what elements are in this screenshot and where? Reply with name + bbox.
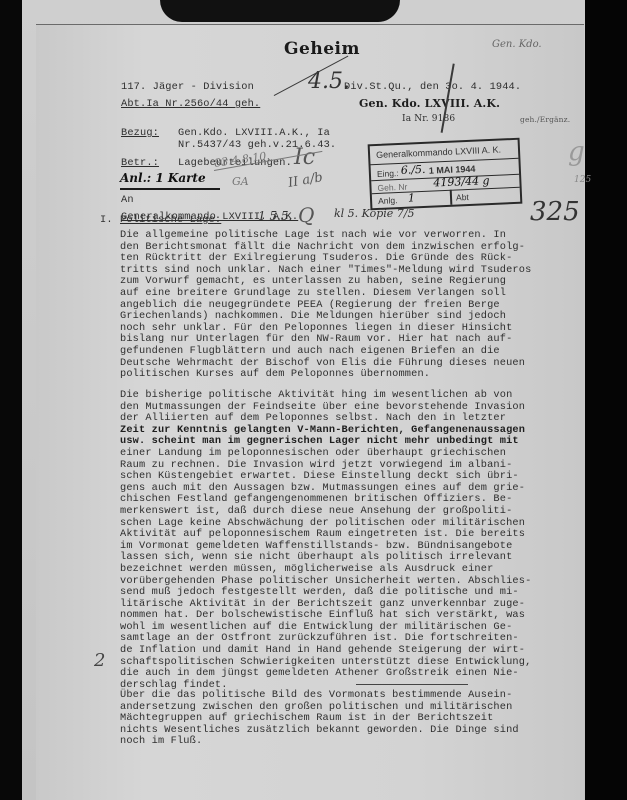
document-page: Geheim 117. Jäger - Division Abt.Ia Nr.2… [36, 24, 584, 800]
paragraph-line: gefundenen Flugblättern und auch nach ei… [120, 346, 590, 358]
entry-stamp-date: 1 MAI 1944 [429, 164, 476, 176]
entry-stamp-eingang-label: Eing.: [377, 168, 399, 179]
bezug-line1: Gen.Kdo. LXVIII.A.K., Ia [178, 128, 330, 140]
sender-reference: Abt.Ia Nr.256o/44 geh. [121, 99, 260, 111]
paragraph-line: einer Landung im peloponnesischen oder ü… [120, 448, 590, 460]
paragraph-line: politischen Kurses auf dem Peloponnes üb… [120, 369, 590, 381]
pen-underline-grossstreik [356, 684, 468, 685]
note-q: Q [298, 203, 314, 227]
entry-stamp-nr-value: 4193/44 g [433, 174, 490, 189]
anlage-handwritten: Anl.: 1 Karte [120, 171, 206, 185]
note-kopie: kl 5. Kopie 7/5 [334, 207, 415, 220]
received-stamp-line1: Gen. Kdo. LXVIII. A.K. [359, 98, 500, 110]
sender-unit: 117. Jäger - Division [121, 82, 254, 94]
section-title: Politische Lage: [120, 215, 221, 227]
paragraph-line: Die allgemeine politische Lage ist nach … [120, 230, 590, 242]
received-stamp-line2: Ia Nr. 9186 [402, 114, 455, 126]
paragraph-line: de Inflation und damit Hand in Hand gehe… [120, 645, 590, 657]
paragraph-line: bezeichnet werden müssen, möglicherweise… [120, 564, 590, 576]
paragraph-line: send muß jedoch festgestellt werden, daß… [120, 587, 590, 599]
place-date: Div.St.Qu., den 3o. 4. 1944. [344, 82, 521, 94]
section-number: I. [100, 215, 113, 227]
bezug-label: Bezug: [121, 128, 159, 140]
paragraph-line: Die bisherige politische Aktivität hing … [120, 390, 590, 402]
paragraph-line: noch im Fluß. [120, 736, 590, 748]
entry-stamp-eingang-handwritten: 6./5. [401, 163, 426, 177]
paragraph-line: schen Küstengebiet erwartet. Diese Einst… [120, 471, 590, 483]
paragraph-3: Über die das politische Bild des Vormona… [120, 690, 590, 748]
note-date-2: 1 5.5. [258, 209, 292, 223]
anlage-underline [120, 188, 220, 190]
note-ga: GA [232, 175, 249, 188]
paragraph-2: Die bisherige politische Aktivität hing … [120, 390, 590, 691]
paragraph-line: merkenswert ist, daß durch diese neue An… [120, 506, 590, 518]
entry-stamp: Generalkommando LXVIII A. K. Eing.: 6./5… [368, 138, 523, 211]
entry-stamp-abt-label: Abt [456, 192, 469, 203]
note-top-right: Gen. Kdo. [492, 39, 542, 50]
scan-border-right [585, 0, 627, 800]
entry-stamp-anlg-value: 1 [408, 191, 416, 204]
recipient-prefix: An [121, 195, 134, 207]
betr-label: Betr.: [121, 158, 159, 170]
scan-border-left [0, 0, 22, 800]
entry-stamp-header: Generalkommando LXVIII A. K. [376, 145, 501, 160]
note-g: g [568, 137, 585, 167]
note-ic: Ic [294, 145, 315, 170]
paragraph-1: Die allgemeine politische Lage ist nach … [120, 230, 590, 381]
note-ii-a-b: II a/b [287, 170, 324, 191]
note-125: 125 [574, 175, 591, 185]
paragraph-line: Griechenlands) nachkommen. Die Meldungen… [120, 311, 590, 323]
note-left-mark: 2 [94, 650, 105, 671]
paragraph-line: Aktivität auf peloponnesischem Raum eing… [120, 529, 590, 541]
binder-clip-shadow [160, 0, 400, 22]
paragraph-line: Über die das politische Bild des Vormona… [120, 690, 590, 702]
paragraph-line: auf eine breitere Grundlage zu stellen. … [120, 288, 590, 300]
received-stamp-line3: geh./Ergänz. [520, 114, 570, 126]
entry-stamp-anlg-label: Anlg. [378, 195, 398, 206]
note-number-325: 325 [530, 197, 580, 227]
